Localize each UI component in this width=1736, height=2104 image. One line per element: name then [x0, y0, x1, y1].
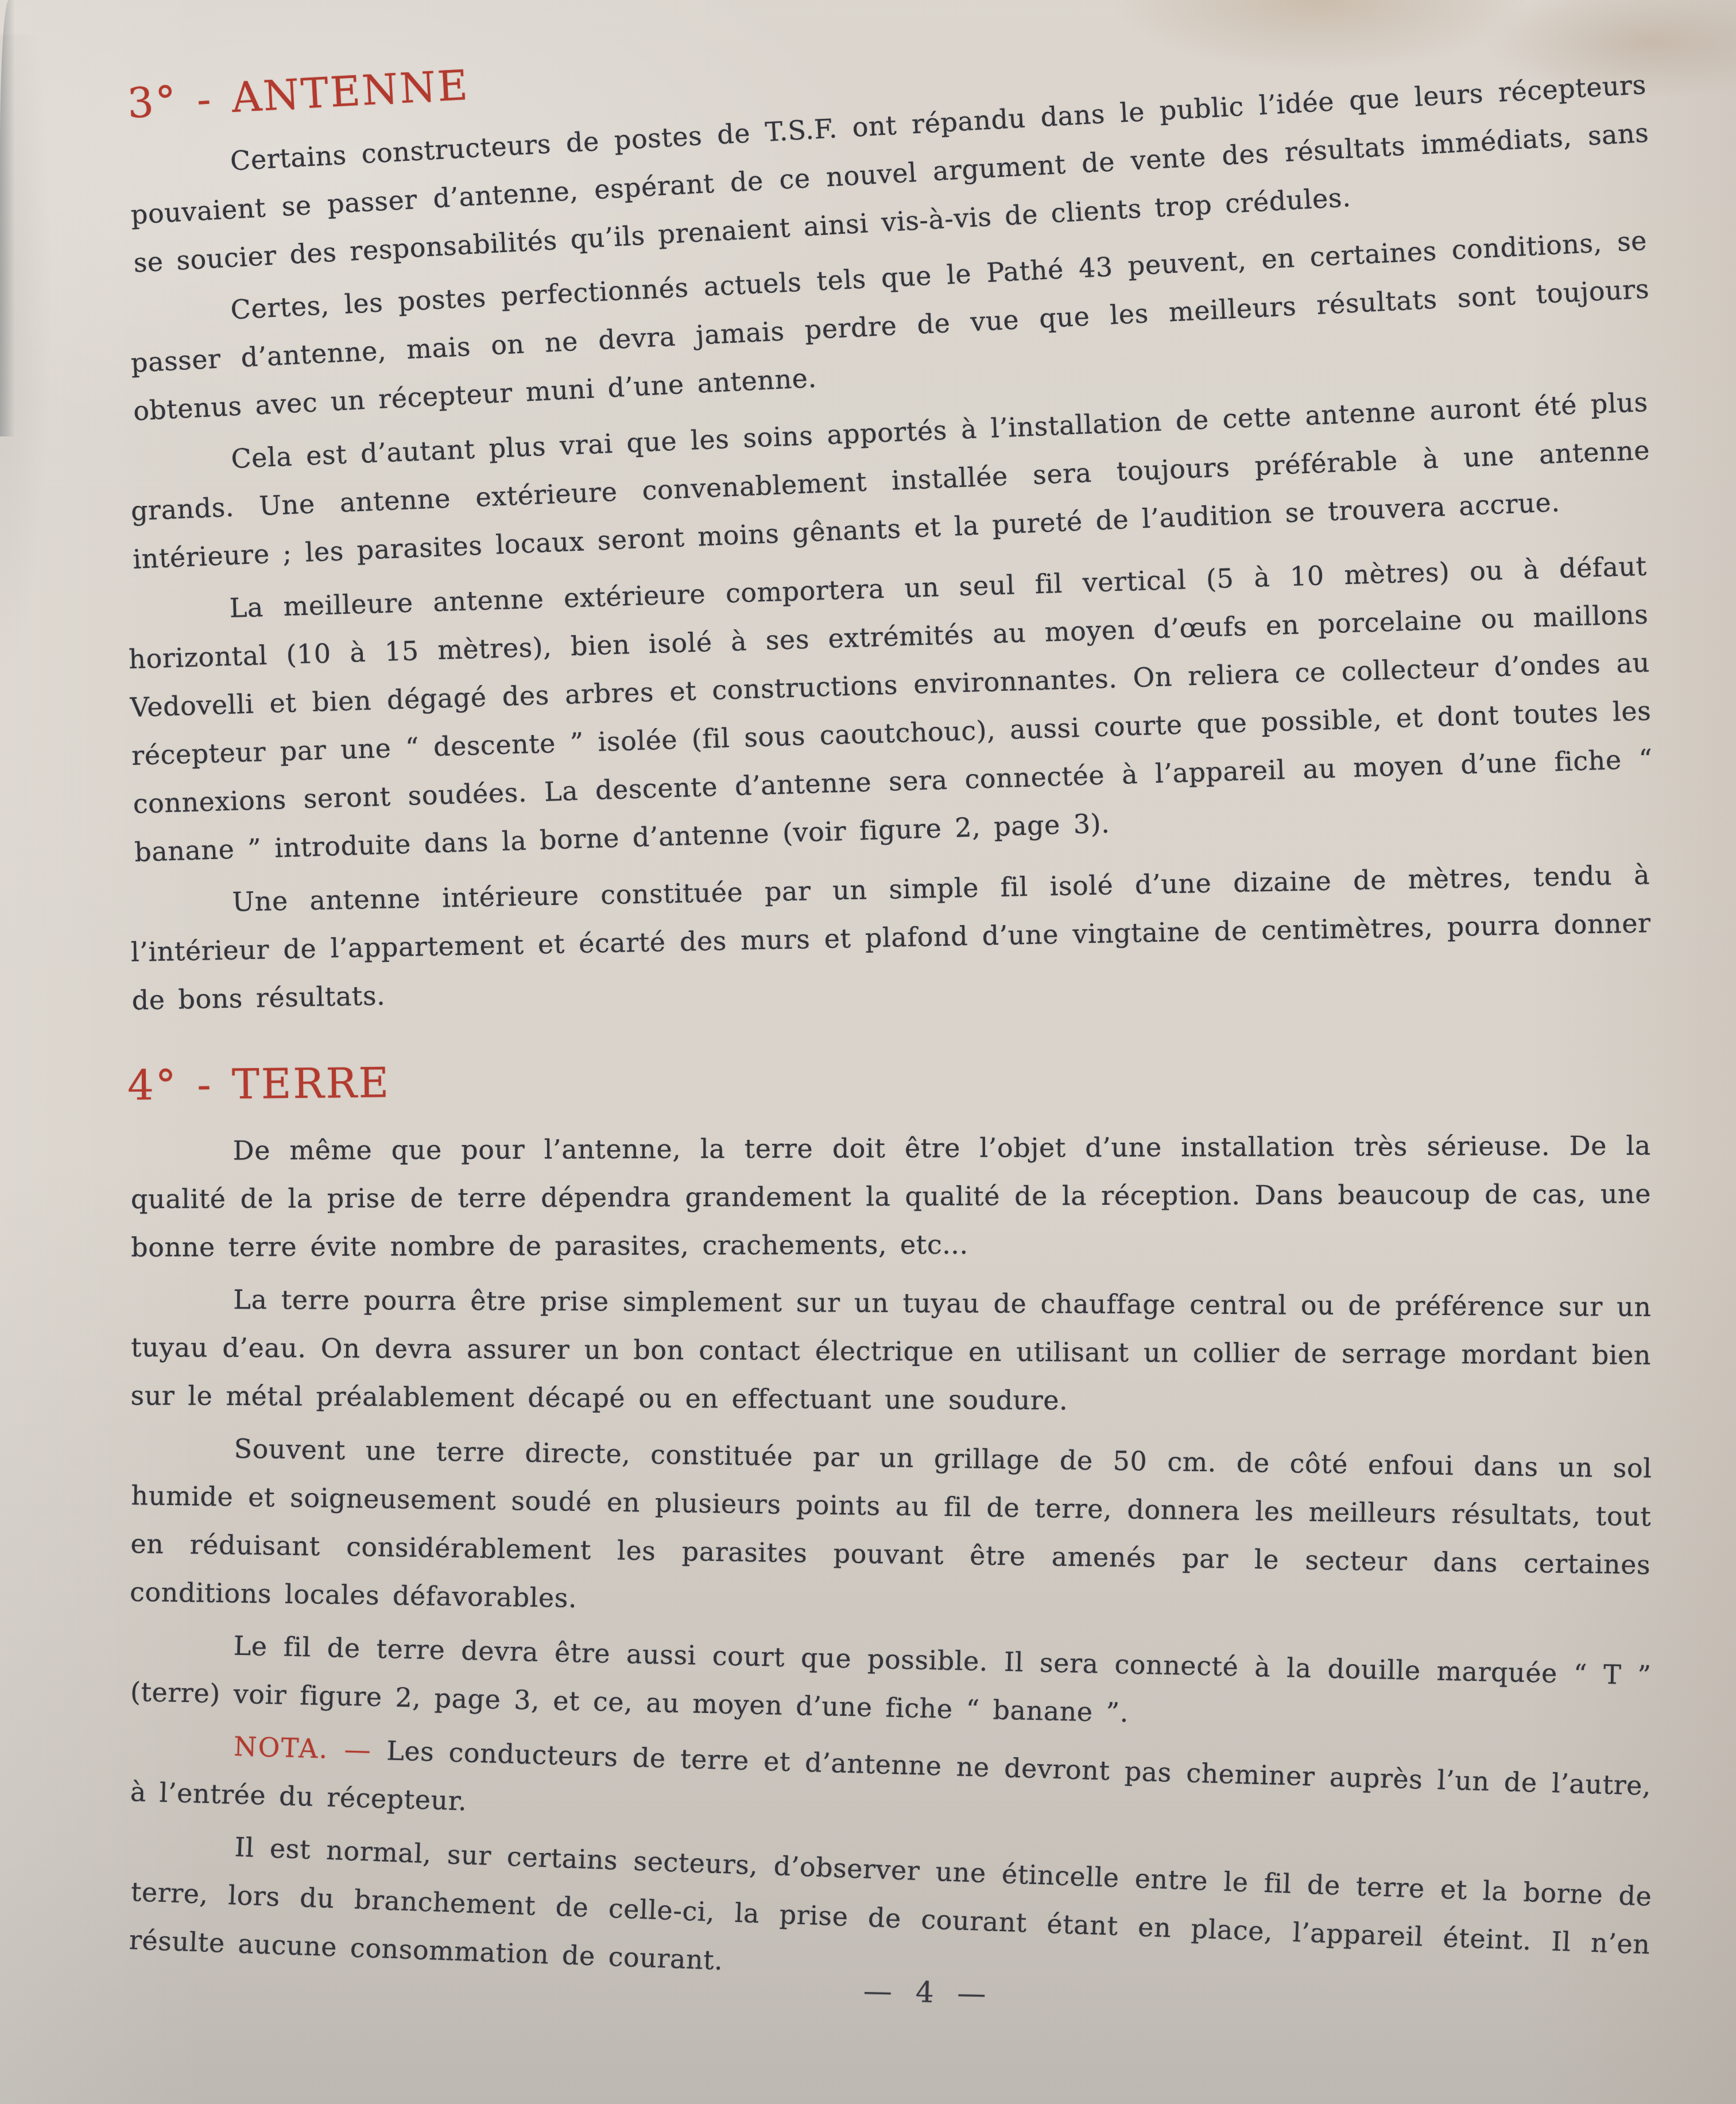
paper-fold-shadow: [0, 34, 80, 896]
scanned-page-photo: 3° - ANTENNE Certains constructeurs de p…: [0, 0, 1736, 2104]
section-heading-terre: 4° - TERRE: [127, 1045, 1652, 1109]
paragraph-terre-2: La terre pourra être prise simplement su…: [130, 1275, 1651, 1428]
paragraph-terre-1: De même que pour l’antenne, la terre doi…: [131, 1121, 1652, 1271]
page-number: — 4 —: [863, 1974, 993, 2011]
nota-label: NOTA. —: [233, 1731, 372, 1766]
paragraph-antenne-4: La meilleure antenne extérieure comporte…: [127, 542, 1655, 876]
paragraph-antenne-5: Une antenne intérieure constituée par un…: [130, 850, 1652, 1024]
paragraph-terre-3: Souvent une terre directe, constituée pa…: [130, 1423, 1652, 1637]
page-text-column: 3° - ANTENNE Certains constructeurs de p…: [131, 79, 1651, 1967]
